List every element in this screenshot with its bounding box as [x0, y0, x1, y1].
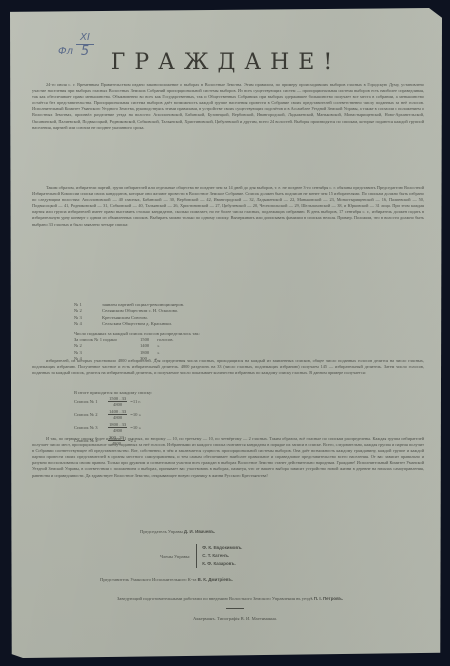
fraction-denominator: 4800 [113, 428, 122, 433]
acting-label: Заведующий подготовительными работами по… [117, 596, 313, 601]
fraction-denominator: 4800 [113, 415, 122, 420]
rep-label: Представитель Уманского Исполнительного … [100, 577, 196, 582]
list-number: № 4 [74, 321, 92, 327]
member-name: Ф. К. Евдокимовъ. [202, 545, 242, 550]
party-list-item: № 4 Сельским Обществом д. Краснюки. [74, 321, 184, 327]
quota-label: Список № 3 [74, 425, 108, 430]
chair-label: Председатель Управы [140, 529, 183, 534]
list-name: Сельским Обществом д. Краснюки. [102, 321, 172, 327]
member-name: К. Ф. Казаровъ. [202, 561, 235, 566]
members-signature: Члены Управы: Ф. К. Евдокимовъ. С. Т. Ка… [160, 544, 442, 568]
members-label: Члены Управы: [160, 554, 190, 559]
members-names: Ф. К. Евдокимовъ. С. Т. Катенъ. К. Ф. Ка… [196, 544, 242, 568]
rep-name: В. К. Дмитріевъ. [198, 577, 233, 582]
party-lists: № 1 заявлен партией социал-революционеро… [74, 302, 184, 328]
lists-paragraph: Таким образом, избиратели партий, групп … [32, 185, 424, 228]
paragraph-text: Таким образом, избиратели партий, групп … [32, 185, 424, 228]
acting-signature: Заведующий подготовительными работами по… [117, 596, 442, 601]
document-title: ГРАЖДАНЕ! [10, 50, 442, 75]
representative-signature: Представитель Уманского Исполнительного … [100, 577, 442, 582]
quota-label: Список № 1 [74, 399, 108, 404]
quota-label: Список № 2 [74, 412, 108, 417]
quota-fraction: 1500 . 33 4800 [108, 396, 127, 407]
intro-paragraph: 24-го июля с. г. Временным Правительство… [32, 82, 424, 131]
divider-rule [226, 608, 244, 609]
quota-fraction: 1400 . 33 4800 [108, 409, 127, 420]
quota-fraction: 1800 . 33 4800 [108, 422, 127, 433]
quota-result: =11 г. [130, 399, 141, 404]
chair-signature: Председатель Управы Д. И. Ивачевъ. [140, 529, 442, 534]
result-paragraph: И так, по первому списку будет избрано 1… [32, 436, 424, 479]
quota-result: =10 » [130, 412, 141, 417]
quota-intro: В итоге приходится по каждому списку: [74, 390, 152, 395]
quota-row: Список № 2 1400 . 33 4800 =10 » [74, 408, 152, 421]
quota-row: Список № 1 1500 . 33 4800 =11 г. [74, 395, 152, 408]
vote-unit: голосов. [157, 337, 173, 343]
acting-name: П. І. Петровъ. [314, 596, 343, 601]
printer-imprint: Аккерманъ. Типографія В. И. Магенманна. [193, 616, 442, 621]
fraction-denominator: 4800 [113, 402, 122, 407]
paragraph-text: И так, по первому списку будет избрано 1… [32, 436, 424, 479]
chair-name: Д. И. Ивачевъ. [184, 529, 215, 534]
paragraph-text: 24-го июля с. г. Временным Правительство… [32, 82, 424, 131]
document-sheet: Фл XI 5 ГРАЖДАНЕ! 24-го июля с. г. Време… [10, 8, 442, 658]
member-name: С. Т. Катенъ. [202, 553, 229, 558]
quota-result: =10 » [130, 425, 141, 430]
vote-unit: » [157, 350, 159, 356]
calculation-paragraph: избирателей, из которых участвовало 4800… [32, 358, 424, 376]
paragraph-text: избирателей, из которых участвовало 4800… [32, 358, 424, 376]
quota-row: Список № 3 1800 . 33 4800 =10 » [74, 421, 152, 434]
